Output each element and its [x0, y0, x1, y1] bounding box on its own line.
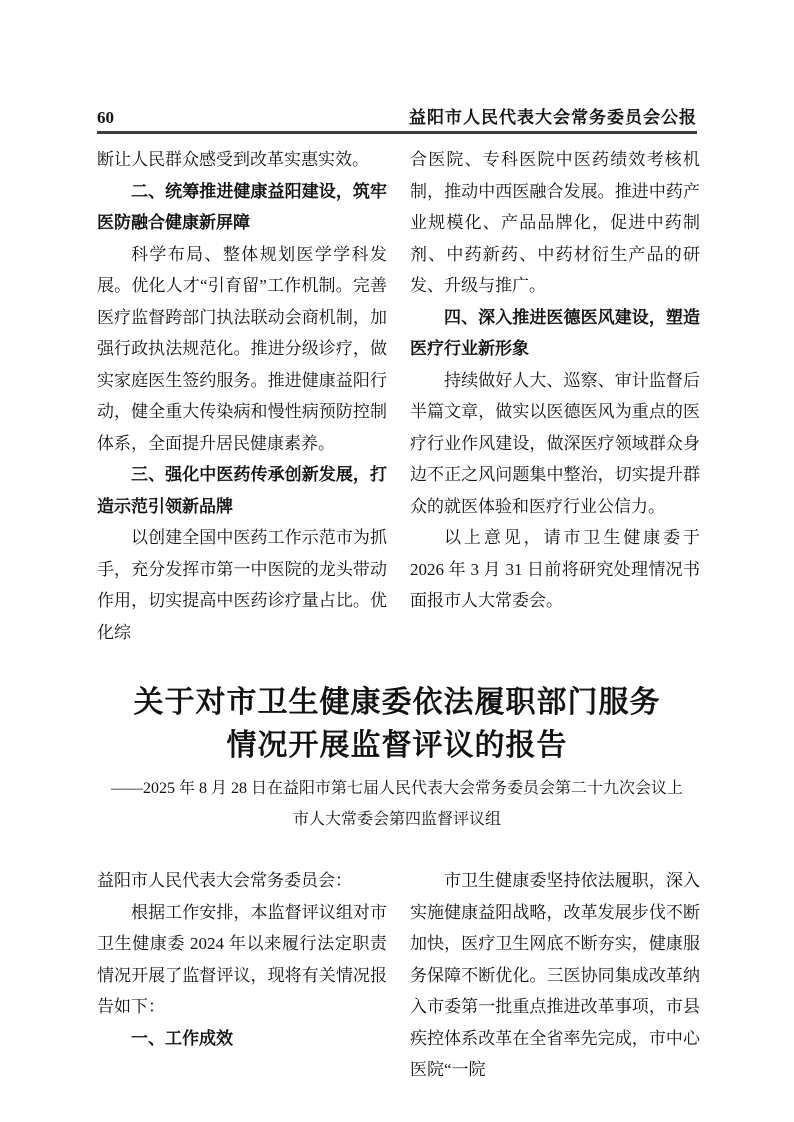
paragraph: 科学布局、整体规划医学学科发展。优化人才“引育留”工作机制。完善医疗监督跨部门执…	[97, 239, 387, 460]
report-title: 关于对市卫生健康委依法履职部门服务 情况开展监督评议的报告	[97, 681, 697, 767]
top-article: 断让人民群众感受到改革实惠实效。 二、统筹推进健康益阳建设，筑牢医防融合健康新屏…	[97, 144, 697, 648]
report-subtitle-meeting: ——2025 年 8 月 28 日在益阳市第七届人民代表大会常务委员会第二十九次…	[97, 773, 697, 804]
top-article-left-column: 断让人民群众感受到改革实惠实效。 二、统筹推进健康益阳建设，筑牢医防融合健康新屏…	[97, 144, 387, 648]
paragraph-continuation: 断让人民群众感受到改革实惠实效。	[97, 144, 387, 176]
report-left-column: 益阳市人民代表大会常务委员会： 根据工作安排，本监督评议组对市卫生健康委 202…	[97, 865, 387, 1086]
publication-title: 益阳市人民代表大会常务委员会公报	[409, 108, 697, 128]
paragraph: 以上意见，请市卫生健康委于 2026 年 3 月 31 日前将研究处理情况书面报…	[410, 522, 700, 617]
gazette-page: 60 益阳市人民代表大会常务委员会公报 断让人民群众感受到改革实惠实效。 二、统…	[0, 0, 794, 1122]
paragraph: 根据工作安排，本监督评议组对市卫生健康委 2024 年以来履行法定职责情况开展了…	[97, 897, 387, 1023]
page-number: 60	[97, 108, 114, 128]
paragraph: 以创建全国中医药工作示范市为抓手，充分发挥市第一中医院的龙头带动作用，切实提高中…	[97, 522, 387, 648]
salutation: 益阳市人民代表大会常务委员会：	[97, 865, 387, 897]
report-body: 益阳市人民代表大会常务委员会： 根据工作安排，本监督评议组对市卫生健康委 202…	[97, 865, 697, 1086]
page-header: 60 益阳市人民代表大会常务委员会公报	[97, 108, 697, 128]
section-heading-4: 四、深入推进医德医风建设，塑造医疗行业新形象	[410, 302, 700, 365]
report-subtitle-group: 市人大常委会第四监督评议组	[97, 804, 697, 835]
paragraph: 市卫生健康委坚持依法履职，深入实施健康益阳战略，改革发展步伐不断加快，医疗卫生网…	[410, 865, 700, 1086]
report-title-line1: 关于对市卫生健康委依法履职部门服务	[97, 681, 697, 724]
paragraph: 持续做好人大、巡察、审计监督后半篇文章，做实以医德医风为重点的医疗行业作风建设，…	[410, 365, 700, 523]
report-title-block: 关于对市卫生健康委依法履职部门服务 情况开展监督评议的报告 ——2025 年 8…	[97, 681, 697, 835]
section-heading-1: 一、工作成效	[97, 1023, 387, 1055]
report-title-line2: 情况开展监督评议的报告	[97, 724, 697, 767]
report-right-column: 市卫生健康委坚持依法履职，深入实施健康益阳战略，改革发展步伐不断加快，医疗卫生网…	[410, 865, 700, 1086]
paragraph-continuation: 合医院、专科医院中医药绩效考核机制，推动中西医融合发展。推进中药产业规模化、产品…	[410, 144, 700, 302]
section-heading-3: 三、强化中医药传承创新发展，打造示范引领新品牌	[97, 459, 387, 522]
top-article-right-column: 合医院、专科医院中医药绩效考核机制，推动中西医融合发展。推进中药产业规模化、产品…	[410, 144, 700, 648]
section-heading-2: 二、统筹推进健康益阳建设，筑牢医防融合健康新屏障	[97, 176, 387, 239]
header-rule	[97, 131, 697, 134]
